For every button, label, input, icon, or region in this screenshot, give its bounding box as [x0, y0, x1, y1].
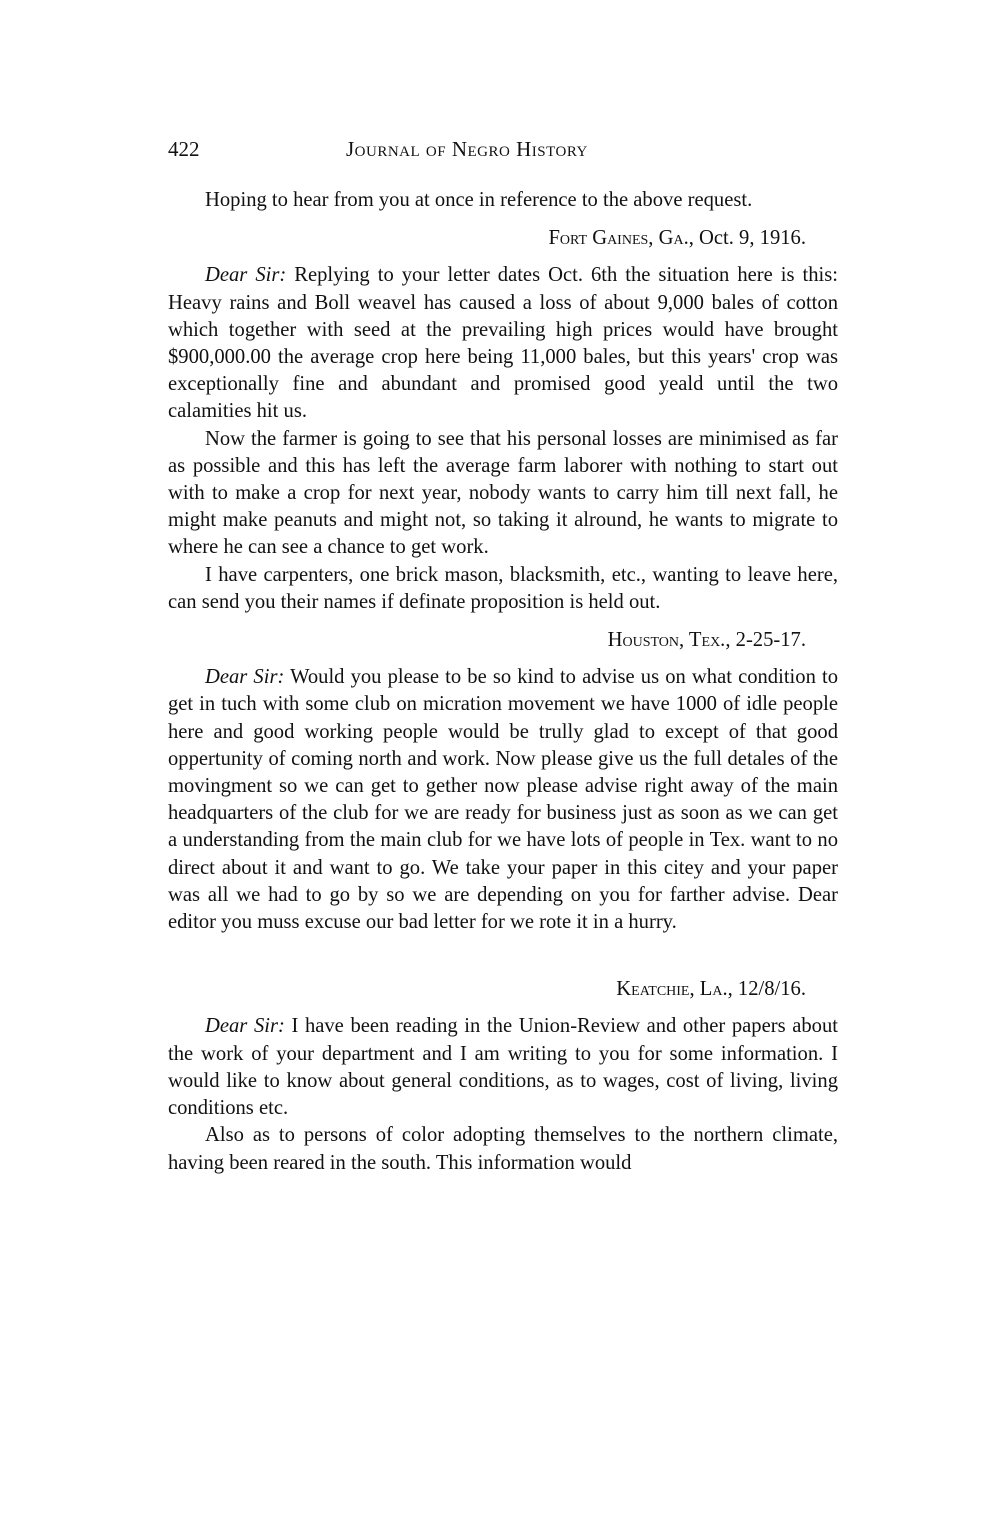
journal-title: Journal of Negro History: [346, 137, 588, 162]
closing-paragraph: Hoping to hear from you at once in refer…: [168, 187, 838, 214]
dateline-date: Oct. 9, 1916.: [699, 227, 806, 249]
running-head: 422 Journal of Negro History: [168, 137, 838, 167]
letter-paragraph: Dear Sir: Would you please to be so kind…: [168, 664, 838, 936]
dateline-place: Fort Gaines, Ga.,: [548, 227, 693, 249]
letter-paragraph: I have carpenters, one brick mason, blac…: [168, 562, 838, 616]
body-text: Hoping to hear from you at once in refer…: [168, 187, 838, 1177]
dateline-keatchie: Keatchie, La., 12/8/16.: [168, 976, 838, 1003]
paragraph-text: Replying to your letter dates Oct. 6th t…: [168, 264, 838, 422]
salutation: Dear Sir:: [205, 264, 286, 286]
salutation: Dear Sir:: [205, 1015, 285, 1037]
dateline-houston: Houston, Tex., 2-25-17.: [168, 627, 838, 654]
salutation: Dear Sir:: [205, 666, 284, 688]
dateline-date: 12/8/16.: [738, 978, 806, 1000]
paragraph-text: Would you please to be so kind to advise…: [168, 666, 838, 933]
letter-paragraph: Now the farmer is going to see that his …: [168, 426, 838, 562]
dateline-fort-gaines: Fort Gaines, Ga., Oct. 9, 1916.: [168, 225, 838, 252]
letter-paragraph: Dear Sir: I have been reading in the Uni…: [168, 1013, 838, 1122]
dateline-place: Keatchie, La.,: [616, 978, 732, 1000]
letter-paragraph: Dear Sir: Replying to your letter dates …: [168, 262, 838, 425]
page-number: 422: [168, 137, 200, 162]
dateline-place: Houston, Tex.,: [608, 629, 731, 651]
letter-paragraph: Also as to persons of color adopting the…: [168, 1122, 838, 1176]
dateline-date: 2-25-17.: [736, 629, 806, 651]
section-gap: [168, 936, 838, 976]
